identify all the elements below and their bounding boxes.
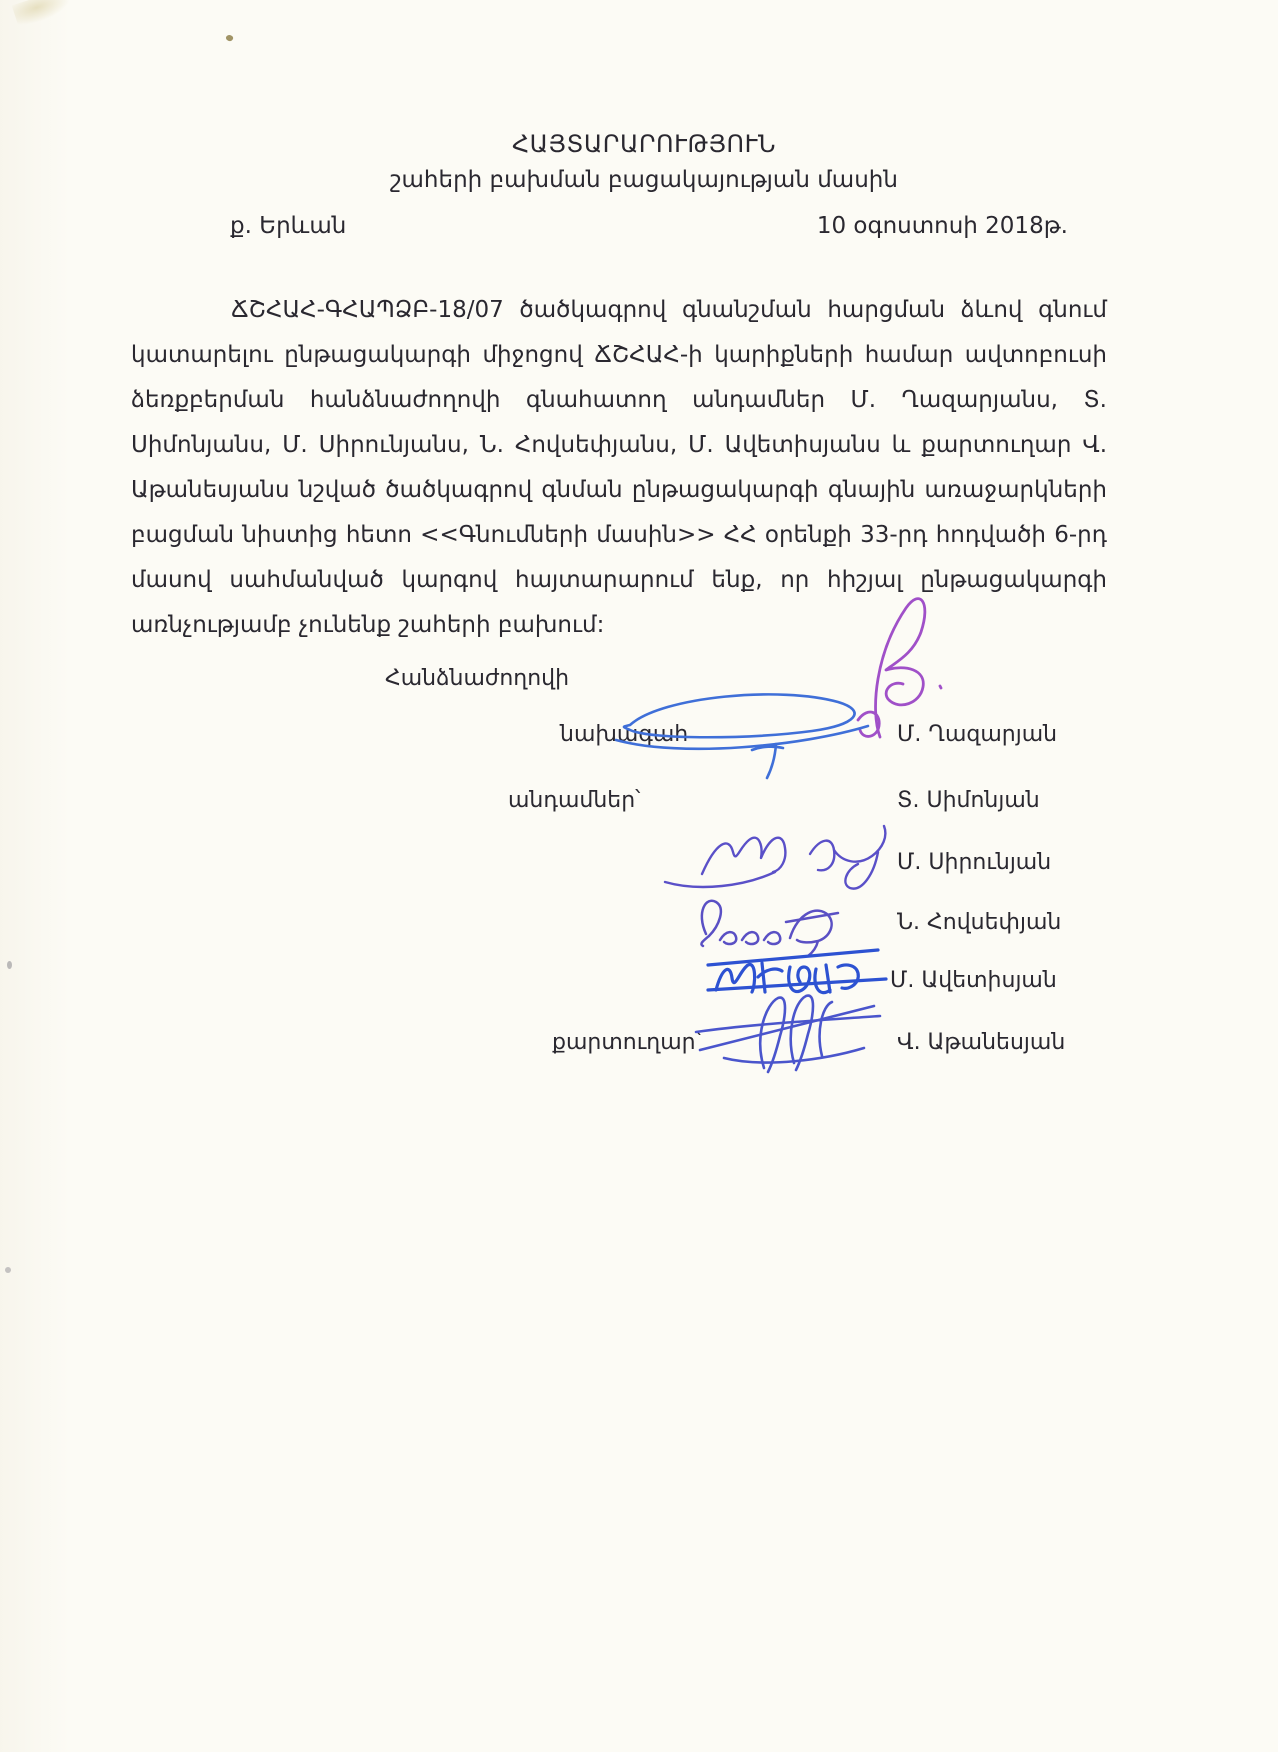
role-label-members: անդամներ՝: [508, 788, 640, 813]
scan-streak-artifact: [12, 0, 75, 28]
place-text: ք. Երևան: [230, 213, 346, 239]
signatory-name: Տ. Սիմոնյան: [897, 788, 1040, 813]
signature-atanesyan: [692, 986, 887, 1078]
document-title: ՀԱՅՏԱՐԱՐՈՒԹՅՈՒՆ: [139, 130, 1149, 158]
place-date-row: ք. Երևան 10 օգոստոսի 2018թ.: [230, 213, 1068, 239]
signatory-name: Մ. Ավետիսյան: [890, 968, 1057, 993]
role-label-secretary: քարտուղար՝: [552, 1030, 701, 1055]
signature-heading: Հանձնաժողովի: [385, 666, 569, 691]
scan-speck: [7, 961, 12, 969]
signatory-name: Մ. Սիրունյան: [897, 850, 1051, 875]
signature-simonyan: [612, 680, 877, 780]
document-subtitle: շահերի բախման բացակայության մասին: [139, 167, 1149, 193]
date-text: 10 օգոստոսի 2018թ.: [817, 213, 1068, 239]
scanned-document-page: ՀԱՅՏԱՐԱՐՈՒԹՅՈՒՆ շահերի բախման բացակայութ…: [0, 0, 1278, 1752]
scan-speck: [225, 34, 234, 43]
signatory-name: Վ. Աթանեսյան: [897, 1030, 1065, 1055]
signatory-name: Մ. Ղազարյան: [897, 722, 1057, 747]
document-header: ՀԱՅՏԱՐԱՐՈՒԹՅՈՒՆ շահերի բախման բացակայութ…: [139, 130, 1149, 193]
signatory-name: Ն. Հովսեփյան: [897, 910, 1061, 935]
scan-speck: [5, 1267, 11, 1273]
